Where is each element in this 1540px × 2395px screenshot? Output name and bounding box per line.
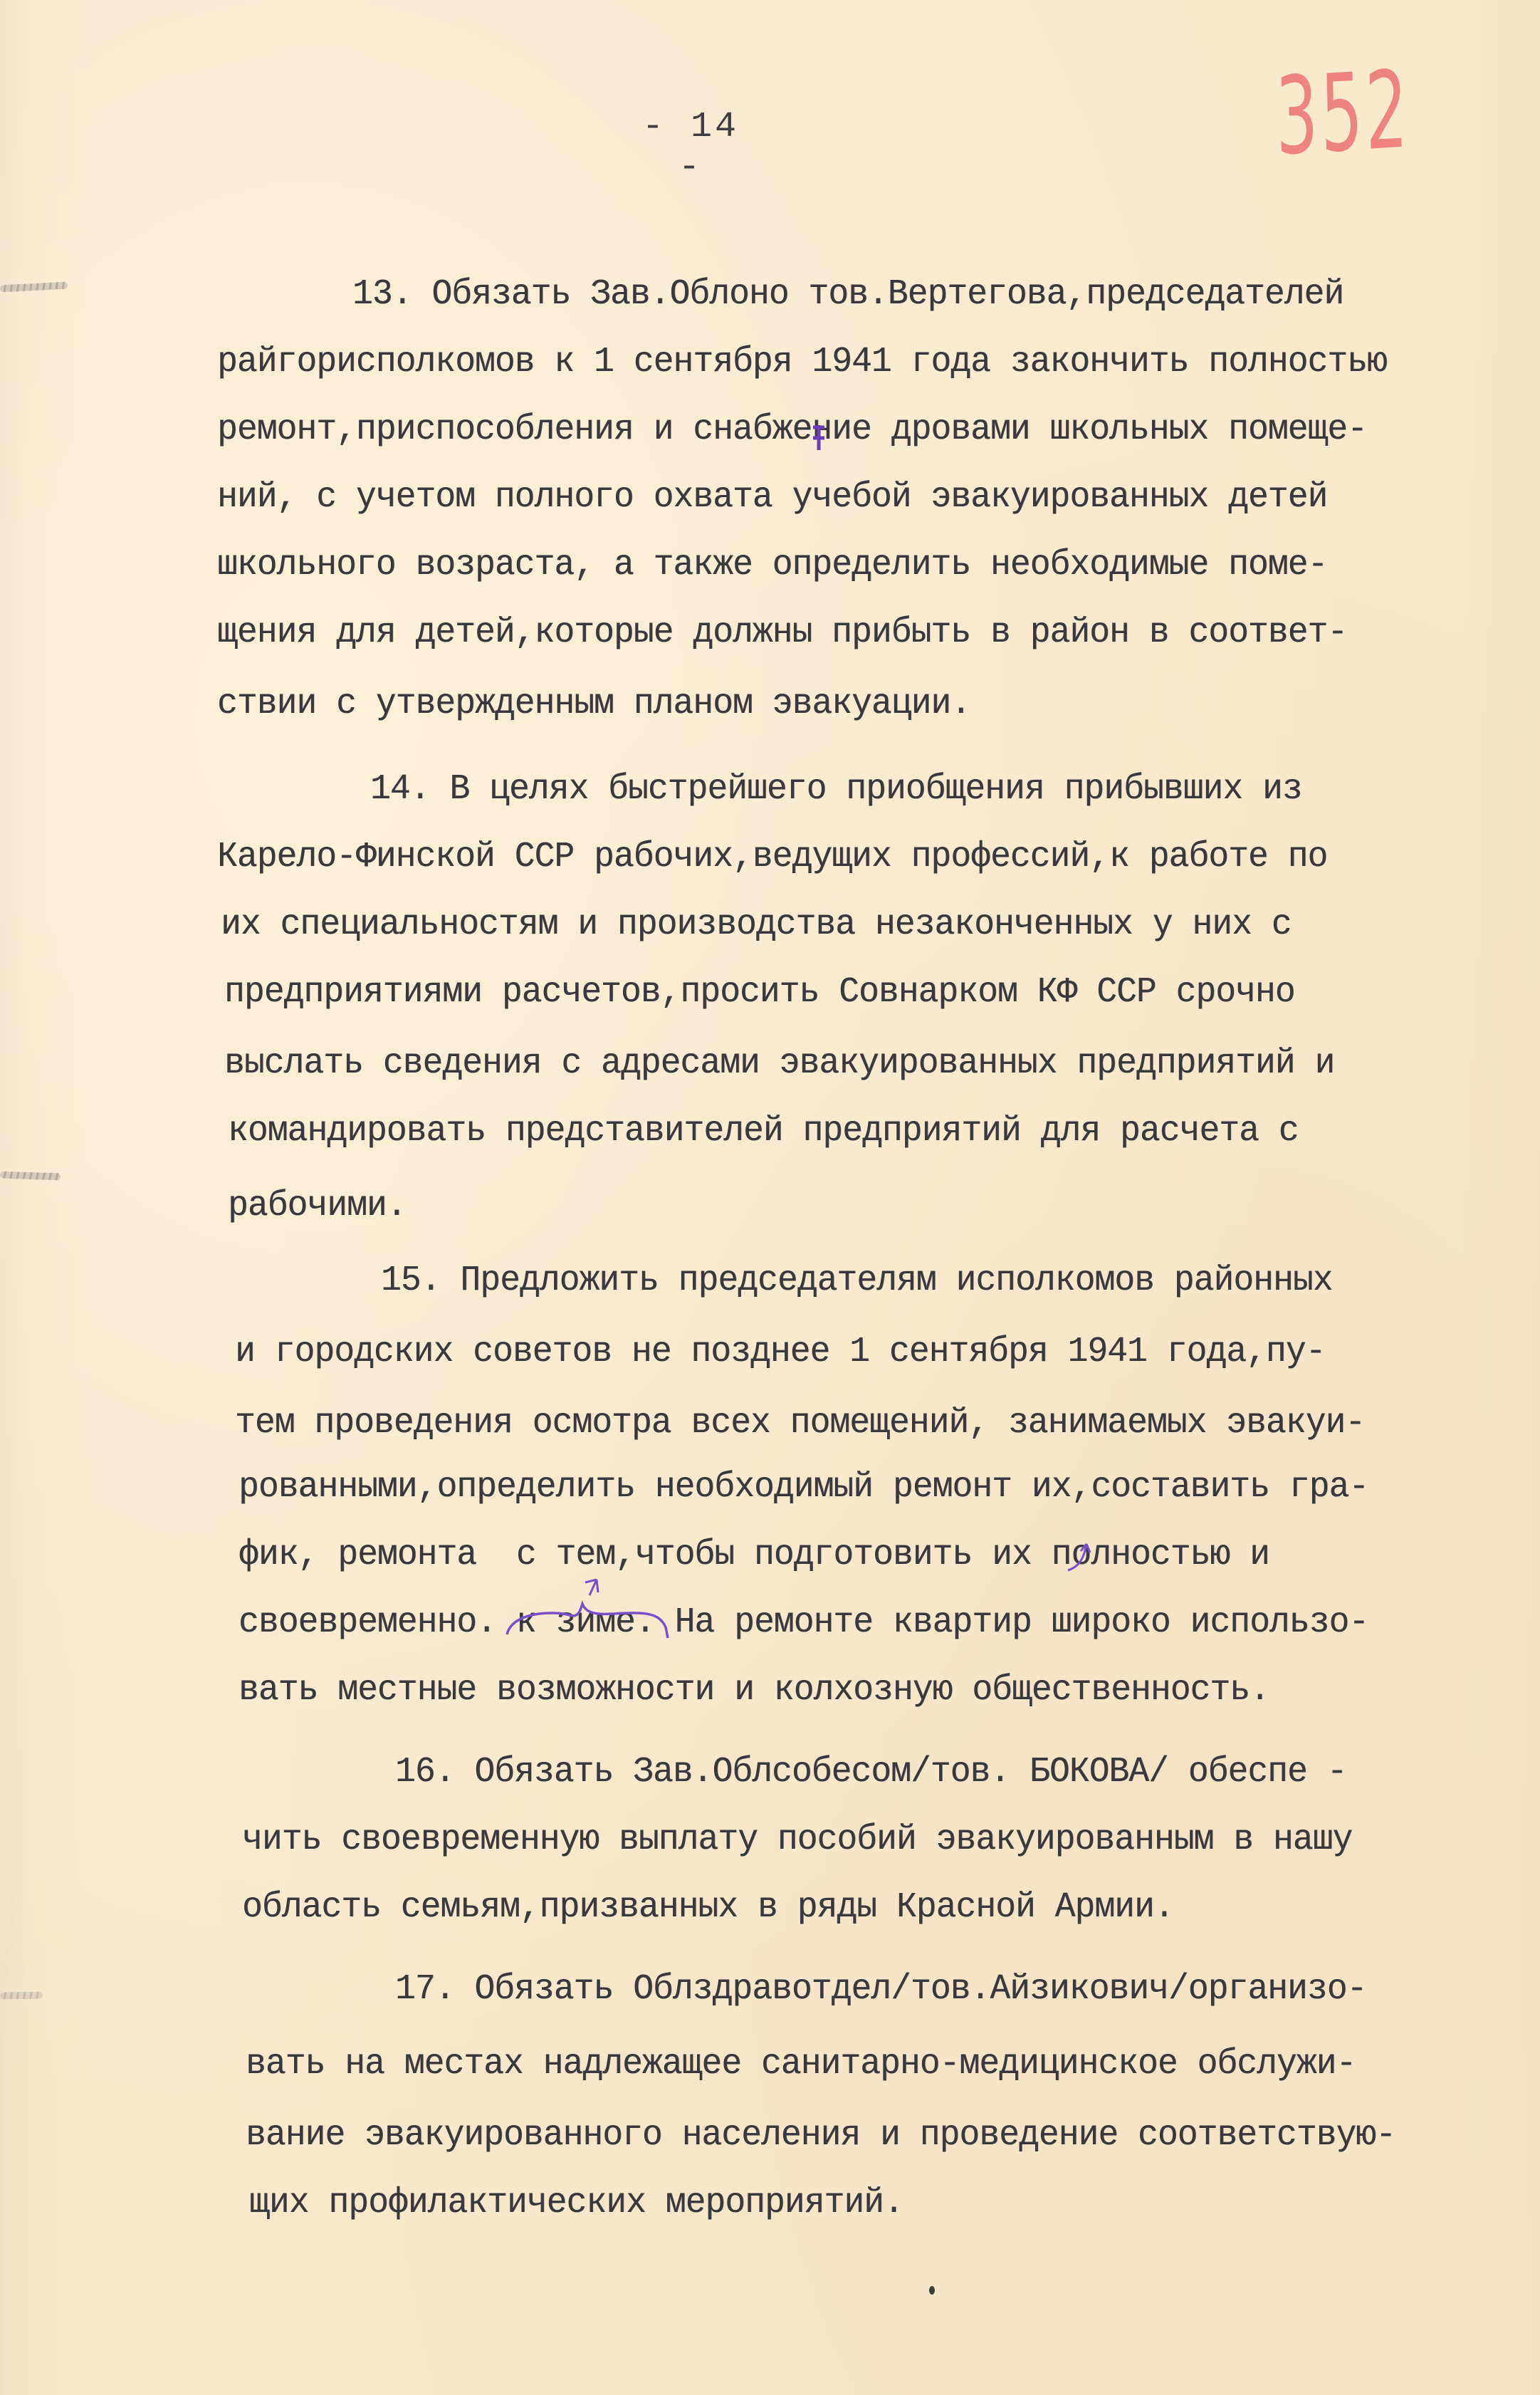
document-page: - 14 - 352 13. Обязать Зав.Облоно тов.Ве… — [0, 0, 1540, 2395]
ink-speck — [929, 2286, 935, 2295]
correction-bracket-icon — [0, 0, 1540, 2395]
